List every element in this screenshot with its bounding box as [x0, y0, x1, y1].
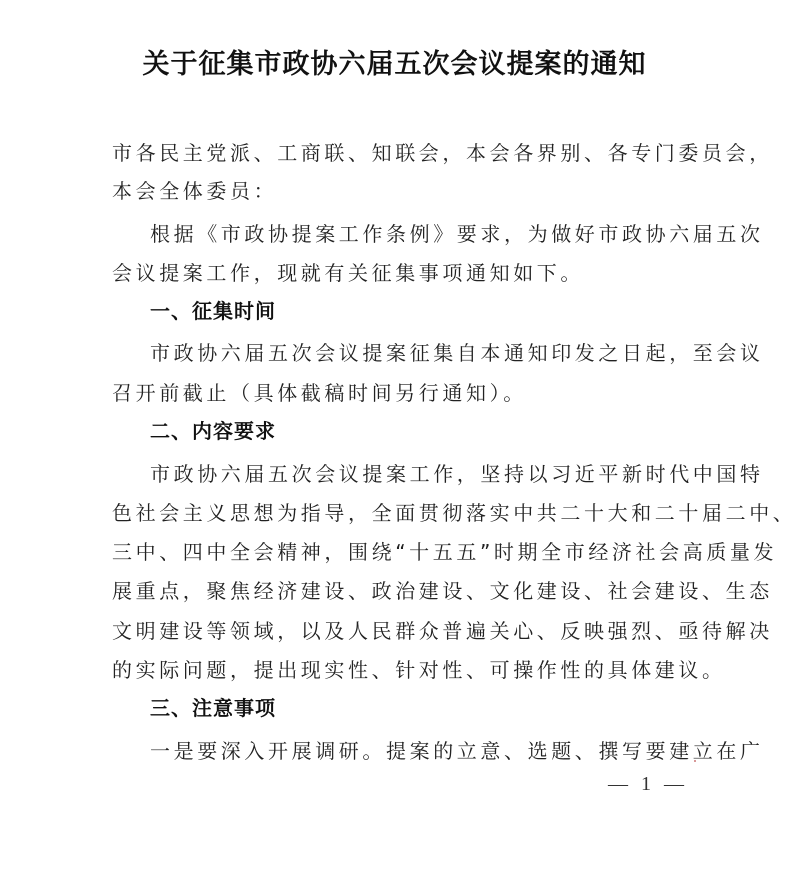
- section-2-line-6: 的实际问题，提出现实性、针对性、可操作性的具体建议。: [112, 654, 726, 683]
- section-1-line-2: 召开前截止（具体截稿时间另行通知）。: [112, 377, 527, 406]
- section-heading-3: 三、注意事项: [150, 692, 276, 721]
- section-heading-2: 二、内容要求: [150, 415, 276, 444]
- document-page: 关于征集市政协六届五次会议提案的通知 市各民主党派、工商联、知联会，本会各界别、…: [0, 0, 789, 882]
- section-3-line-1: 一是要深入开展调研。提案的立意、选题、撰写要建立在广: [150, 735, 764, 764]
- addressee-line-2: 本会全体委员：: [112, 175, 277, 204]
- section-2-line-3: 三中、四中全会精神，围绕“十五五”时期全市经济社会高质量发: [112, 536, 777, 565]
- section-2-line-5: 文明建设等领域，以及人民群众普遍关心、反映强烈、亟待解决: [112, 615, 773, 644]
- addressee-line-1: 市各民主党派、工商联、知联会，本会各界别、各专门委员会，: [112, 137, 773, 166]
- section-2-line-4: 展重点，聚焦经济建设、政治建设、文化建设、社会建设、生态: [112, 575, 773, 604]
- scan-speck: [694, 760, 696, 762]
- page-number: — 1 —: [608, 773, 688, 796]
- document-title: 关于征集市政协六届五次会议提案的通知: [0, 42, 789, 81]
- section-2-line-1: 市政协六届五次会议提案工作，坚持以习近平新时代中国特: [150, 458, 764, 487]
- intro-line-1: 根据《市政协提案工作条例》要求，为做好市政协六届五次: [150, 218, 764, 247]
- section-2-line-2: 色社会主义思想为指导，全面贯彻落实中共二十大和二十届二中、: [112, 497, 789, 526]
- intro-line-2: 会议提案工作，现就有关征集事项通知如下。: [112, 257, 584, 286]
- section-1-line-1: 市政协六届五次会议提案征集自本通知印发之日起，至会议: [150, 337, 764, 366]
- section-heading-1: 一、征集时间: [150, 295, 276, 324]
